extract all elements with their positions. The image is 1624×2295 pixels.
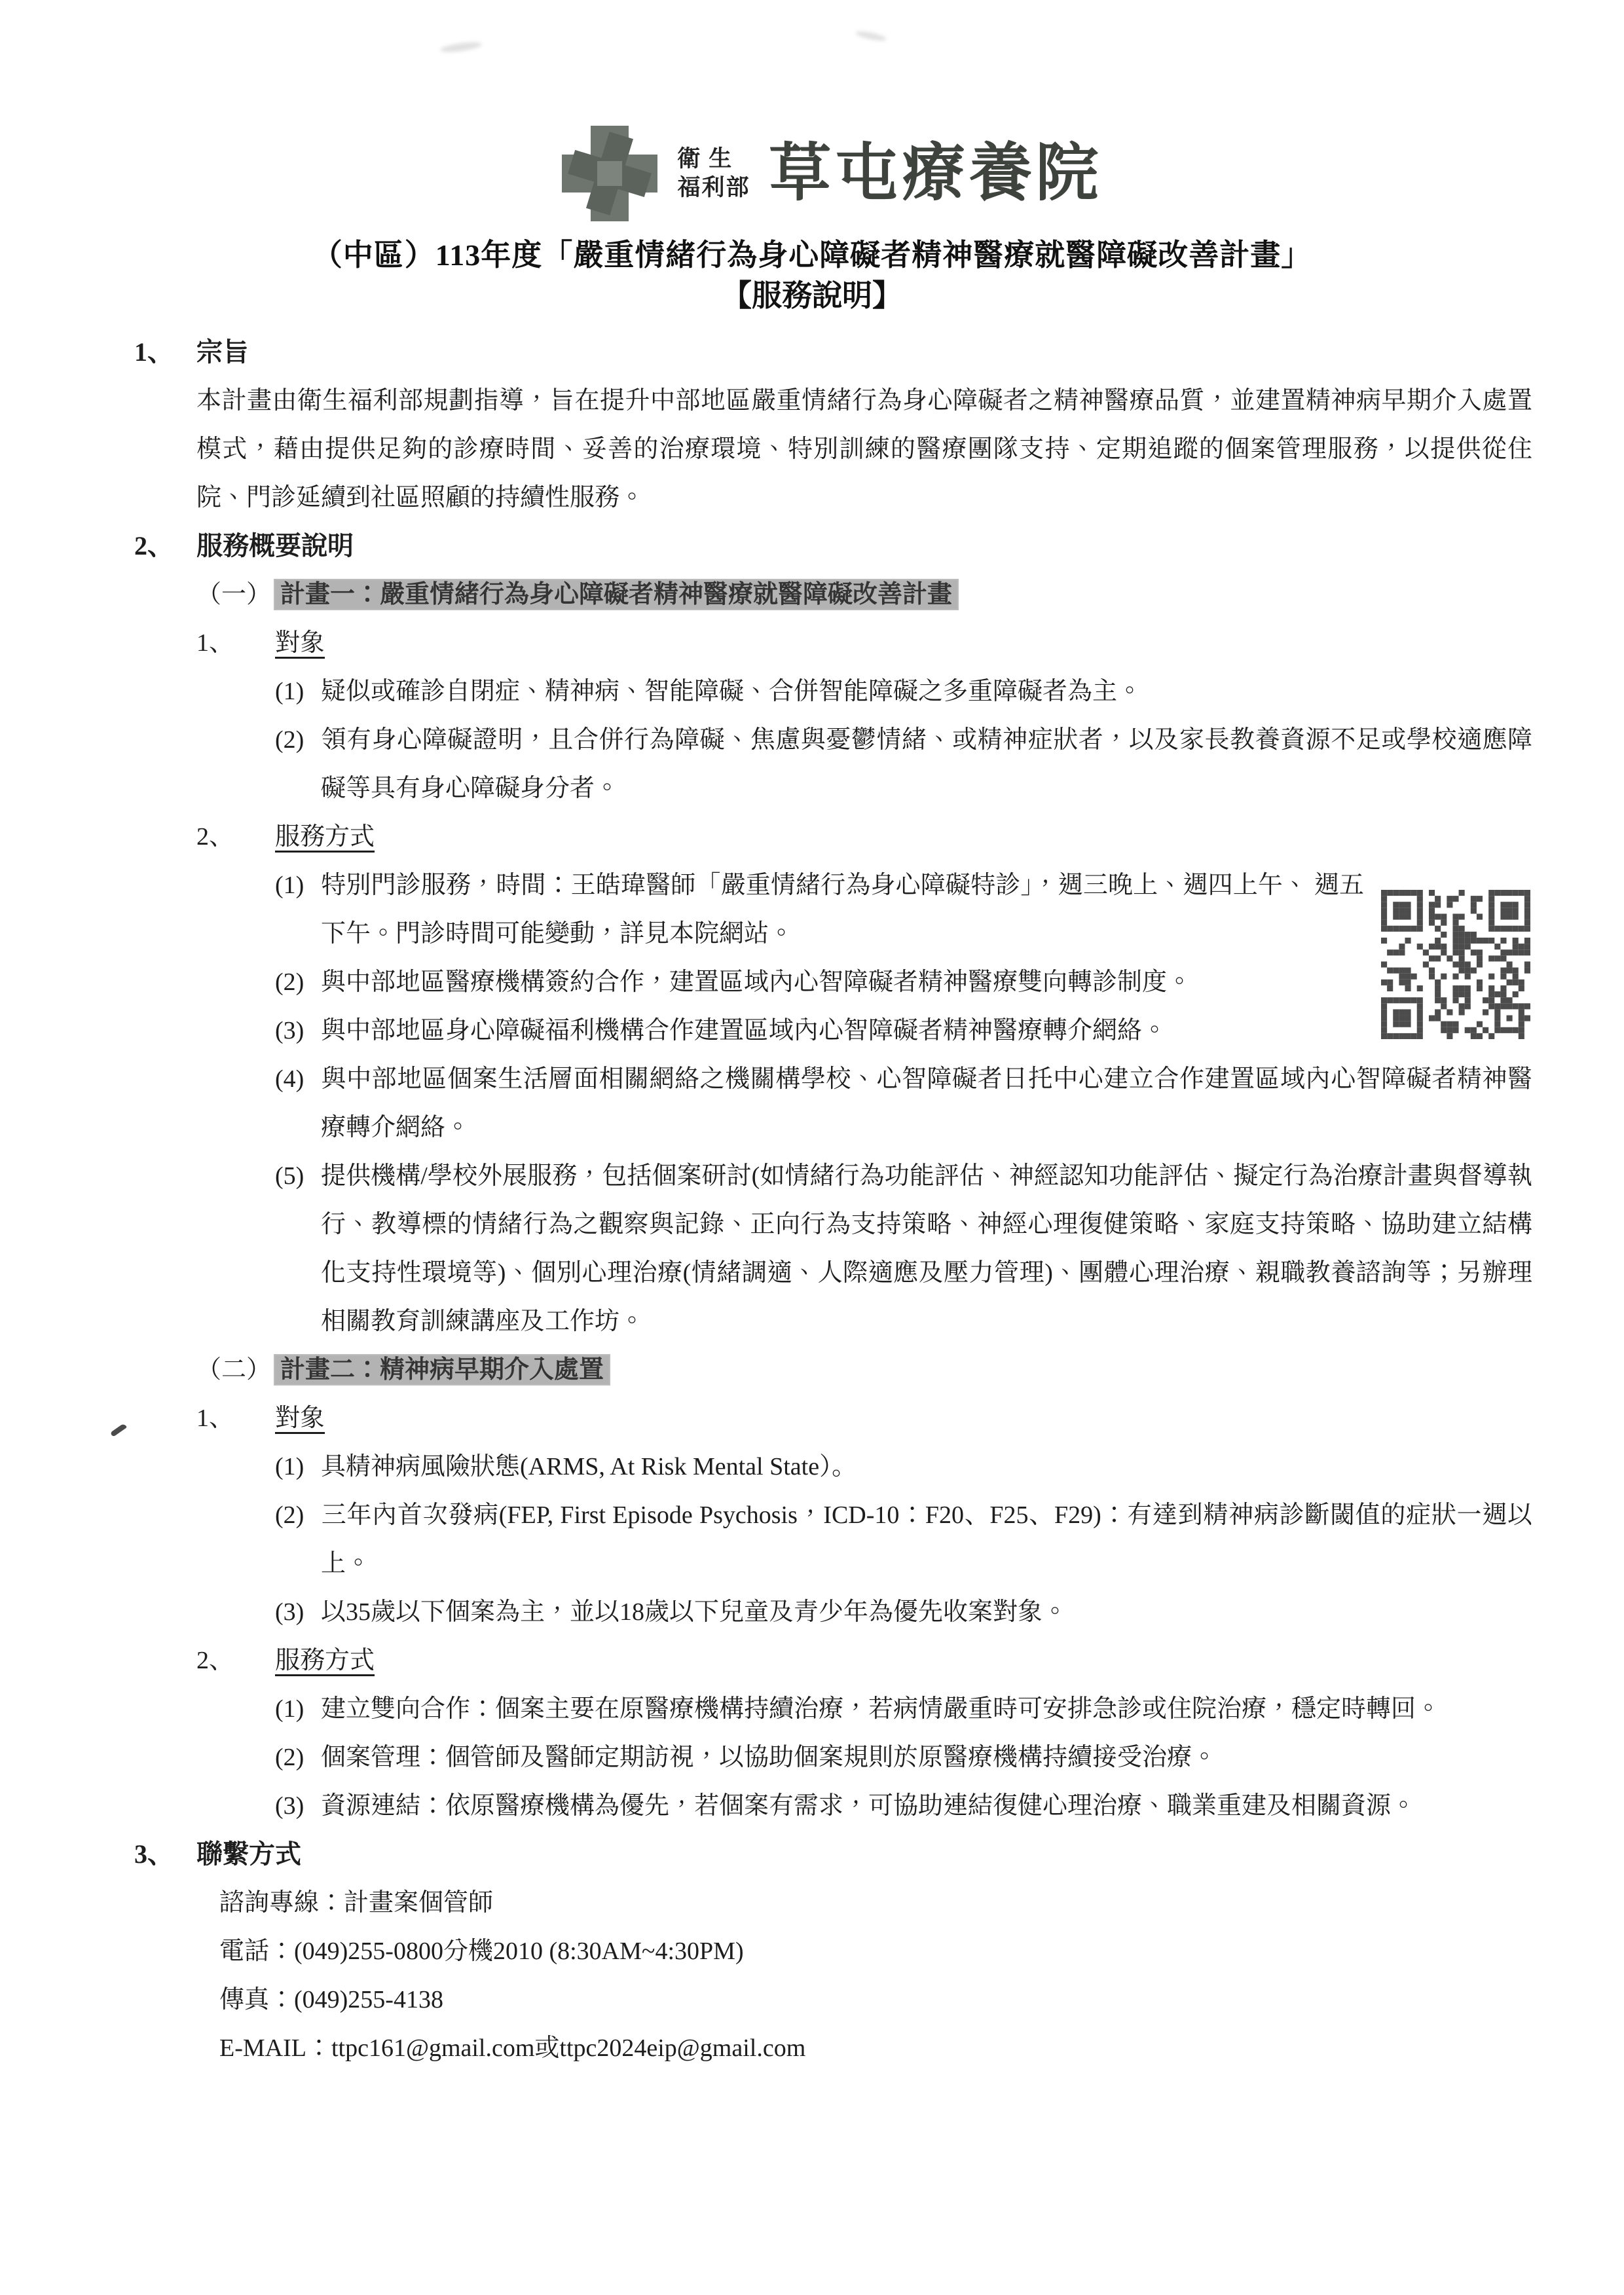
purpose-paragraph: 本計畫由衛生福利部規劃指導，旨在提升中部地區嚴重情緒行為身心障礙者之精神醫療品質… [196,376,1532,522]
ministry-name-top: 衛 生 [677,145,750,174]
plan-1-service-items: (1)特別門診服務，時間：王皓瑋醫師「嚴重情緒行為身心障礙特診」，週三晚上、週四… [275,861,1532,1346]
list-item: (4)與中部地區個案生活層面相關網絡之機關構學校、心智障礙者日托中心建立合作建置… [275,1055,1532,1152]
document-title: （中區）113年度「嚴重情緒行為身心障礙者精神醫療就醫障礙改善計畫」 [0,235,1624,276]
item-number: (3) [275,1782,321,1830]
list-item: (1)特別門診服務，時間：王皓瑋醫師「嚴重情緒行為身心障礙特診」，週三晚上、週四… [275,861,1532,958]
sub-title: 服務方式 [275,813,375,861]
item-number: (2) [275,1733,321,1782]
item-number: (2) [275,958,321,1006]
section-title: 宗旨 [196,328,249,376]
sub-title: 對象 [275,1394,325,1442]
item-text: 與中部地區身心障礙福利機構合作建置區域內心智障礙者精神醫療轉介網絡。 [321,1017,1167,1044]
ministry-name-bottom: 福利部 [677,174,750,202]
plan-1-highlighted-title: 計畫一：嚴重情緒行為身心障礙者精神醫療就醫障礙改善計畫 [275,580,957,609]
item-text: 個案管理：個管師及醫師定期訪視，以協助個案規則於原醫療機構持續接受治療。 [321,1744,1217,1771]
item-text: 領有身心障礙證明，且合併行為障礙、焦慮與憂鬱情緒、或精神症狀者，以及家長教養資源… [321,726,1532,802]
contact-phone: 電話：(049)255-0800分機2010 (8:30AM~4:30PM) [219,1927,1532,1975]
plan-marker: （一） [196,570,275,619]
sub-title: 服務方式 [275,1636,375,1685]
plan-1-row: （一） 計畫一：嚴重情緒行為身心障礙者精神醫療就醫障礙改善計畫 [196,570,1532,619]
plan-marker: （二） [196,1346,275,1394]
item-text: 疑似或確診自閉症、精神病、智能障礙、合併智能障礙之多重障礙者為主。 [321,678,1142,705]
list-item: (2)三年內首次發病(FEP, First Episode Psychosis，… [275,1491,1532,1588]
item-number: (5) [275,1152,321,1200]
contact-hotline: 諮詢專線：計畫案個管師 [219,1879,1532,1927]
section-number: 3、 [134,1830,196,1879]
list-item: (1)具精神病風險狀態(ARMS, At Risk Mental State）。 [275,1442,1532,1491]
list-item: (3)資源連結：依原醫療機構為優先，若個案有需求，可協助連結復健心理治療、職業重… [275,1782,1532,1830]
item-text: 提供機構/學校外展服務，包括個案研討(如情緒行為功能評估、神經認知功能評估、擬定… [321,1162,1532,1335]
hospital-name: 草屯療養院 [769,124,1103,223]
list-item: (2)個案管理：個管師及醫師定期訪視，以協助個案規則於原醫療機構持續接受治療。 [275,1733,1532,1782]
plan-2-service-heading: 2、 服務方式 [196,1636,1532,1685]
contact-fax: 傳真：(049)255-4138 [219,1975,1532,2024]
list-item: (2)與中部地區醫療機構簽約合作，建置區域內心智障礙者精神醫療雙向轉診制度。 [275,958,1532,1006]
section-number: 2、 [134,522,196,570]
contact-email: E-MAIL：ttpc161@gmail.com或ttpc2024eip@gma… [219,2024,1532,2072]
sub-number: 2、 [196,1636,275,1685]
section-title: 服務概要說明 [196,522,354,570]
pen-mark [110,1423,127,1437]
item-text: 與中部地區個案生活層面相關網絡之機關構學校、心智障礙者日托中心建立合作建置區域內… [321,1065,1532,1141]
list-item: (1)建立雙向合作：個案主要在原醫療機構持續治療，若病情嚴重時可安排急診或住院治… [275,1685,1532,1733]
item-text: 具精神病風險狀態(ARMS, At Risk Mental State）。 [321,1453,857,1480]
list-item: (5)提供機構/學校外展服務，包括個案研討(如情緒行為功能評估、神經認知功能評估… [275,1152,1532,1346]
item-number: (1) [275,1685,321,1733]
list-item: (3)與中部地區身心障礙福利機構合作建置區域內心智障礙者精神醫療轉介網絡。 [275,1006,1532,1055]
plan-1-target-heading: 1、 對象 [196,619,1532,667]
item-text: 資源連結：依原醫療機構為優先，若個案有需求，可協助連結復健心理治療、職業重建及相… [321,1792,1416,1820]
item-number: (1) [275,667,321,716]
plan-2-target-heading: 1、 對象 [196,1394,1532,1442]
scan-smudge [855,29,887,43]
contact-block: 諮詢專線：計畫案個管師 電話：(049)255-0800分機2010 (8:30… [219,1879,1532,2072]
item-text: 與中部地區醫療機構簽約合作，建置區域內心智障礙者精神醫療雙向轉診制度。 [321,968,1192,996]
ministry-name: 衛 生 福利部 [677,145,750,202]
list-item: (1)疑似或確診自閉症、精神病、智能障礙、合併智能障礙之多重障礙者為主。 [275,667,1532,716]
item-text: 建立雙向合作：個案主要在原醫療機構持續治療，若病情嚴重時可安排急診或住院治療，穩… [321,1695,1441,1723]
plan-1-service-heading: 2、 服務方式 [196,813,1532,861]
document-subtitle: 【服務說明】 [0,276,1624,316]
item-number: (4) [275,1055,321,1103]
plan-2-target-items: (1)具精神病風險狀態(ARMS, At Risk Mental State）。… [275,1442,1532,1636]
item-number: (1) [275,861,321,909]
plan-2-service-items: (1)建立雙向合作：個案主要在原醫療機構持續治療，若病情嚴重時可安排急診或住院治… [275,1685,1532,1830]
scanned-document-page: 衛 生 福利部 草屯療養院 （中區）113年度「嚴重情緒行為身心障礙者精神醫療就… [0,0,1624,2295]
item-number: (2) [275,1491,321,1539]
sub-title: 對象 [275,619,325,667]
section-1-heading: 1、 宗旨 [134,328,1532,376]
item-number: (3) [275,1588,321,1636]
section-2-heading: 2、 服務概要說明 [134,522,1532,570]
section-title: 聯繫方式 [196,1830,301,1879]
plan-1-target-items: (1)疑似或確診自閉症、精神病、智能障礙、合併智能障礙之多重障礙者為主。 (2)… [275,667,1532,813]
scan-smudge [439,41,482,54]
document-body: 1、 宗旨 本計畫由衛生福利部規劃指導，旨在提升中部地區嚴重情緒行為身心障礙者之… [134,328,1532,2072]
section-number: 1、 [134,328,196,376]
item-number: (3) [275,1006,321,1055]
item-number: (2) [275,716,321,764]
section-3-heading: 3、 聯繫方式 [134,1830,1532,1879]
hospital-logo: 衛 生 福利部 草屯療養院 [0,121,1624,226]
item-number: (1) [275,1442,321,1491]
plan-2-row: （二） 計畫二：精神病早期介入處置 [196,1346,1532,1394]
list-item: (3)以35歲以下個案為主，並以18歲以下兒童及青少年為優先收案對象。 [275,1588,1532,1636]
item-text: 以35歲以下個案為主，並以18歲以下兒童及青少年為優先收案對象。 [321,1598,1067,1626]
sub-number: 1、 [196,619,275,667]
qr-code [1378,887,1532,1041]
health-cross-icon [561,124,659,223]
sub-number: 2、 [196,813,275,861]
plan-2-highlighted-title: 計畫二：精神病早期介入處置 [275,1355,609,1384]
item-text: 特別門診服務，時間：王皓瑋醫師「嚴重情緒行為身心障礙特診」，週三晚上、週四上午、… [321,872,1364,947]
list-item: (2)領有身心障礙證明，且合併行為障礙、焦慮與憂鬱情緒、或精神症狀者，以及家長教… [275,716,1532,813]
sub-number: 1、 [196,1394,275,1442]
item-text: 三年內首次發病(FEP, First Episode Psychosis，ICD… [321,1501,1532,1577]
